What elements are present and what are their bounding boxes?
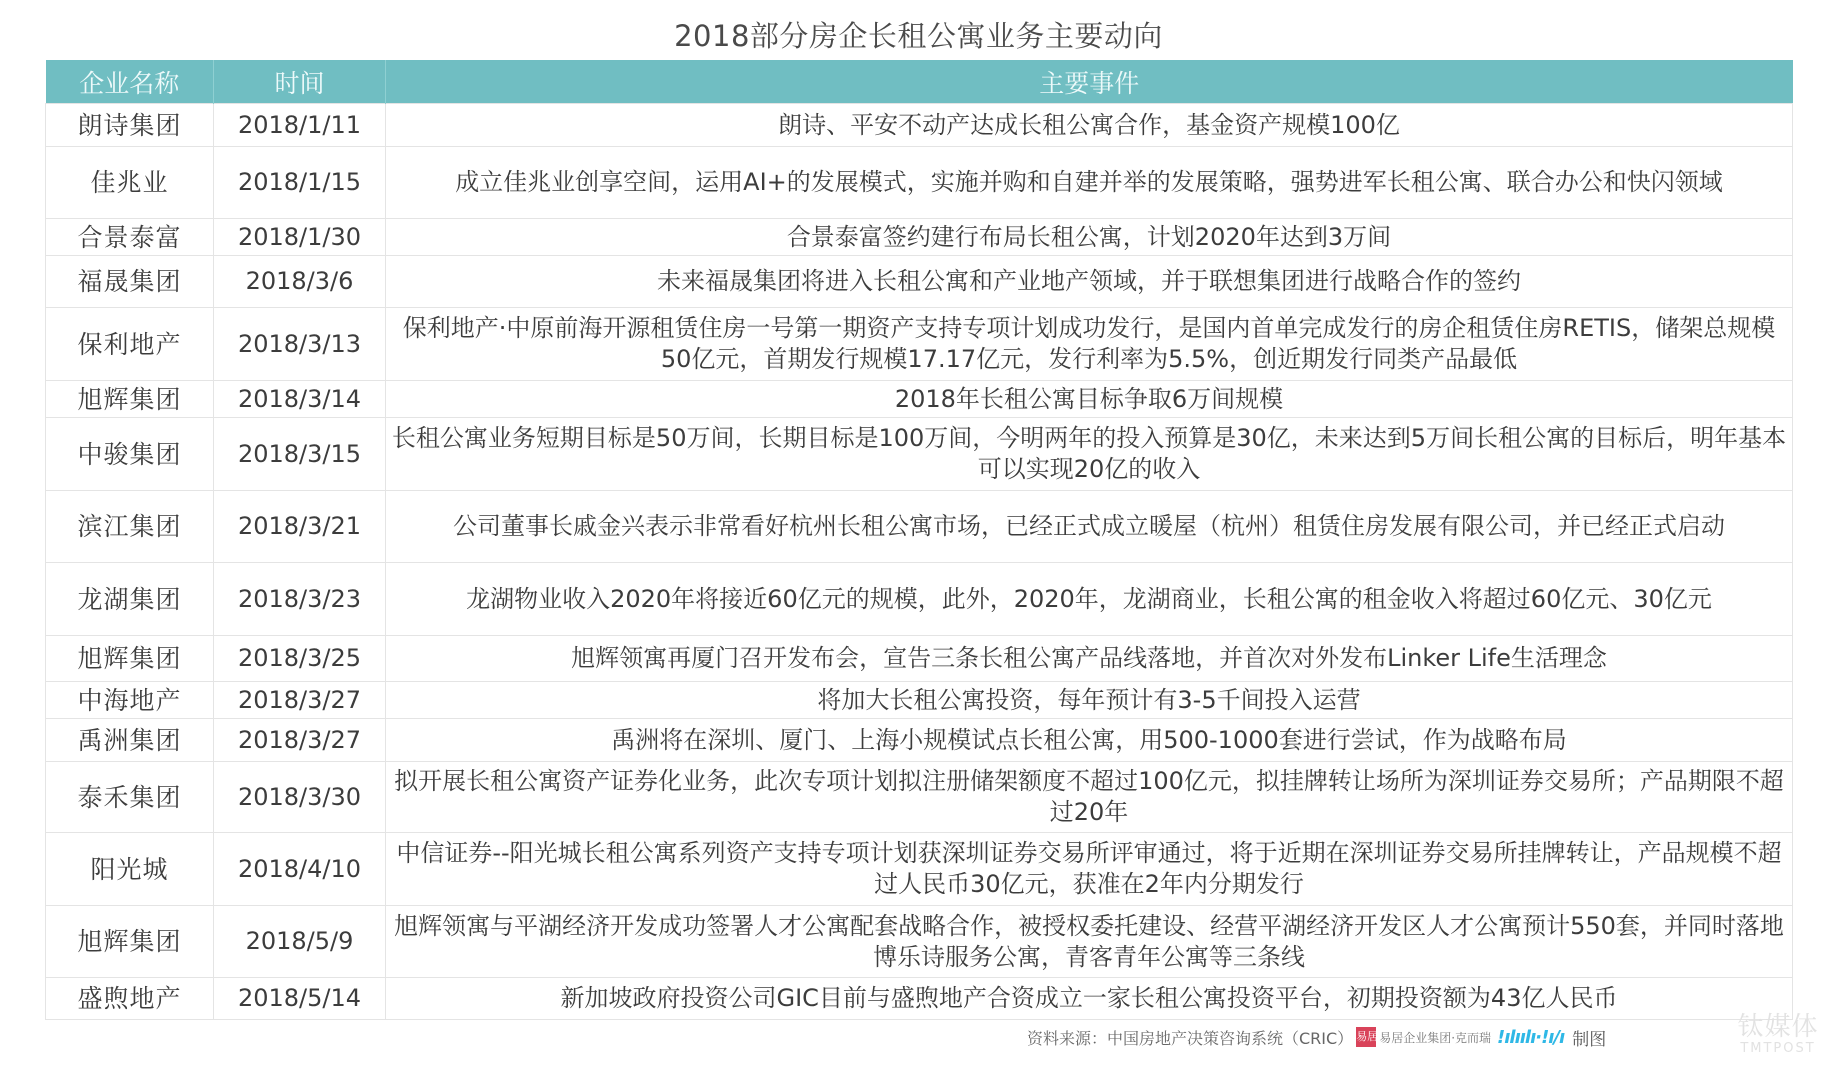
watermark-en: TMTPOST	[1728, 1042, 1827, 1056]
company-cell: 福晟集团	[46, 256, 214, 308]
company-cell: 滨江集团	[46, 491, 214, 563]
made-by-label: 制图	[1572, 1025, 1606, 1050]
source-text: 资料来源：中国房地产决策咨询系统（CRIC）	[1027, 1026, 1353, 1049]
event-cell: 将加大长租公寓投资，每年预计有3-5千间投入运营	[386, 682, 1793, 719]
table-row: 旭辉集团2018/3/142018年长租公寓目标争取6万间规模	[46, 381, 1793, 418]
table-row: 阳光城2018/4/10中信证券--阳光城长租公寓系列资产支持专项计划获深圳证券…	[46, 833, 1793, 906]
header-date: 时间	[214, 60, 386, 104]
table-row: 龙湖集团2018/3/23龙湖物业收入2020年将接近60亿元的规模，此外，20…	[46, 563, 1793, 636]
event-cell: 成立佳兆业创享空间，运用AI+的发展模式，实施并购和自建并举的发展策略，强势进军…	[386, 147, 1793, 219]
event-cell: 旭辉领寓再厦门召开发布会，宣告三条长租公寓产品线落地，并首次对外发布Linker…	[386, 636, 1793, 682]
company-cell: 旭辉集团	[46, 381, 214, 418]
event-cell: 龙湖物业收入2020年将接近60亿元的规模，此外，2020年，龙湖商业，长租公寓…	[386, 563, 1793, 636]
date-cell: 2018/3/27	[214, 682, 386, 719]
table-title: 2018部分房企长租公寓业务主要动向	[0, 14, 1827, 55]
date-cell: 2018/4/10	[214, 833, 386, 906]
date-cell: 2018/1/30	[214, 219, 386, 256]
company-cell: 龙湖集团	[46, 563, 214, 636]
company-cell: 佳兆业	[46, 147, 214, 219]
event-cell: 公司董事长戚金兴表示非常看好杭州长租公寓市场，已经正式成立暖屋（杭州）租赁住房发…	[386, 491, 1793, 563]
company-cell: 中骏集团	[46, 418, 214, 491]
date-cell: 2018/3/6	[214, 256, 386, 308]
date-cell: 2018/3/23	[214, 563, 386, 636]
date-cell: 2018/3/13	[214, 308, 386, 381]
table-row: 佳兆业2018/1/15成立佳兆业创享空间，运用AI+的发展模式，实施并购和自建…	[46, 147, 1793, 219]
company-cell: 合景泰富	[46, 219, 214, 256]
table-row: 中海地产2018/3/27将加大长租公寓投资，每年预计有3-5千间投入运营	[46, 682, 1793, 719]
event-cell: 中信证券--阳光城长租公寓系列资产支持专项计划获深圳证券交易所评审通过，将于近期…	[386, 833, 1793, 906]
watermark: 钛媒体 TMTPOST	[1728, 1012, 1827, 1056]
company-cell: 盛煦地产	[46, 978, 214, 1020]
watermark-cn: 钛媒体	[1728, 1012, 1827, 1042]
company-cell: 朗诗集团	[46, 104, 214, 147]
header-event: 主要事件	[386, 60, 1793, 104]
date-cell: 2018/3/21	[214, 491, 386, 563]
date-cell: 2018/1/15	[214, 147, 386, 219]
chart-logo-icon: !ılıılı·!ı/ı	[1497, 1027, 1564, 1048]
event-cell: 未来福晟集团将进入长租公寓和产业地产领域，并于联想集团进行战略合作的签约	[386, 256, 1793, 308]
event-cell: 长租公寓业务短期目标是50万间，长期目标是100万间，今明两年的投入预算是30亿…	[386, 418, 1793, 491]
company-cell: 阳光城	[46, 833, 214, 906]
table-header-row: 企业名称 时间 主要事件	[46, 60, 1793, 104]
date-cell: 2018/5/14	[214, 978, 386, 1020]
table-row: 朗诗集团2018/1/11朗诗、平安不动产达成长租公寓合作，基金资产规模100亿	[46, 104, 1793, 147]
date-cell: 2018/5/9	[214, 906, 386, 978]
table-row: 福晟集团2018/3/6未来福晟集团将进入长租公寓和产业地产领域，并于联想集团进…	[46, 256, 1793, 308]
cric-logo-icon: 易居	[1356, 1027, 1376, 1047]
table-row: 禹洲集团2018/3/27禹洲将在深圳、厦门、上海小规模试点长租公寓，用500-…	[46, 719, 1793, 762]
table-row: 保利地产2018/3/13保利地产·中原前海开源租赁住房一号第一期资产支持专项计…	[46, 308, 1793, 381]
date-cell: 2018/3/30	[214, 762, 386, 833]
company-cell: 泰禾集团	[46, 762, 214, 833]
table-row: 旭辉集团2018/3/25旭辉领寓再厦门召开发布会，宣告三条长租公寓产品线落地，…	[46, 636, 1793, 682]
company-cell: 保利地产	[46, 308, 214, 381]
event-cell: 保利地产·中原前海开源租赁住房一号第一期资产支持专项计划成功发行，是国内首单完成…	[386, 308, 1793, 381]
company-cell: 旭辉集团	[46, 636, 214, 682]
date-cell: 2018/3/27	[214, 719, 386, 762]
table-row: 中骏集团2018/3/15长租公寓业务短期目标是50万间，长期目标是100万间，…	[46, 418, 1793, 491]
table-row: 盛煦地产2018/5/14新加坡政府投资公司GIC目前与盛煦地产合资成立一家长租…	[46, 978, 1793, 1020]
company-cell: 旭辉集团	[46, 906, 214, 978]
table-row: 滨江集团2018/3/21公司董事长戚金兴表示非常看好杭州长租公寓市场，已经正式…	[46, 491, 1793, 563]
table-row: 泰禾集团2018/3/30拟开展长租公寓资产证券化业务，此次专项计划拟注册储架额…	[46, 762, 1793, 833]
events-table: 企业名称 时间 主要事件 朗诗集团2018/1/11朗诗、平安不动产达成长租公寓…	[45, 60, 1793, 1020]
event-cell: 拟开展长租公寓资产证券化业务，此次专项计划拟注册储架额度不超过100亿元，拟挂牌…	[386, 762, 1793, 833]
event-cell: 新加坡政府投资公司GIC目前与盛煦地产合资成立一家长租公寓投资平台，初期投资额为…	[386, 978, 1793, 1020]
table-row: 合景泰富2018/1/30合景泰富签约建行布局长租公寓，计划2020年达到3万间	[46, 219, 1793, 256]
date-cell: 2018/3/15	[214, 418, 386, 491]
brand-text: 易居企业集团·克而瑞	[1379, 1029, 1491, 1046]
event-cell: 禹洲将在深圳、厦门、上海小规模试点长租公寓，用500-1000套进行尝试，作为战…	[386, 719, 1793, 762]
event-cell: 合景泰富签约建行布局长租公寓，计划2020年达到3万间	[386, 219, 1793, 256]
date-cell: 2018/3/14	[214, 381, 386, 418]
event-cell: 旭辉领寓与平湖经济开发成功签署人才公寓配套战略合作，被授权委托建设、经营平湖经济…	[386, 906, 1793, 978]
company-cell: 禹洲集团	[46, 719, 214, 762]
date-cell: 2018/3/25	[214, 636, 386, 682]
company-cell: 中海地产	[46, 682, 214, 719]
header-company: 企业名称	[46, 60, 214, 104]
event-cell: 朗诗、平安不动产达成长租公寓合作，基金资产规模100亿	[386, 104, 1793, 147]
event-cell: 2018年长租公寓目标争取6万间规模	[386, 381, 1793, 418]
table-row: 旭辉集团2018/5/9旭辉领寓与平湖经济开发成功签署人才公寓配套战略合作，被授…	[46, 906, 1793, 978]
source-footer: 资料来源：中国房地产决策咨询系统（CRIC） 易居 易居企业集团·克而瑞 !ıl…	[1027, 1022, 1606, 1052]
date-cell: 2018/1/11	[214, 104, 386, 147]
